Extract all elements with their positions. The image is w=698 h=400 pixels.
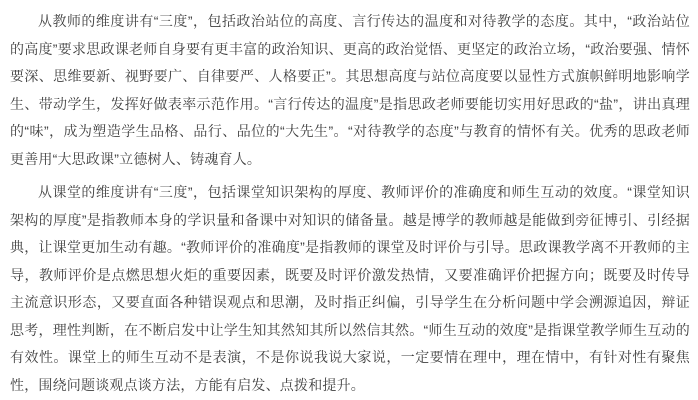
article-body: 从教师的维度讲有“三度”，包括政治站位的高度、言行传达的温度和对待教学的态度。其… — [0, 0, 698, 399]
document-page: 从教师的维度讲有“三度”，包括政治站位的高度、言行传达的温度和对待教学的态度。其… — [0, 0, 698, 400]
paragraph-classroom-dimension: 从课堂的维度讲有“三度”，包括课堂知识架构的厚度、教师评价的准确度和师生互动的效… — [10, 179, 690, 399]
paragraph-teacher-dimension: 从教师的维度讲有“三度”，包括政治站位的高度、言行传达的温度和对待教学的态度。其… — [10, 8, 690, 173]
